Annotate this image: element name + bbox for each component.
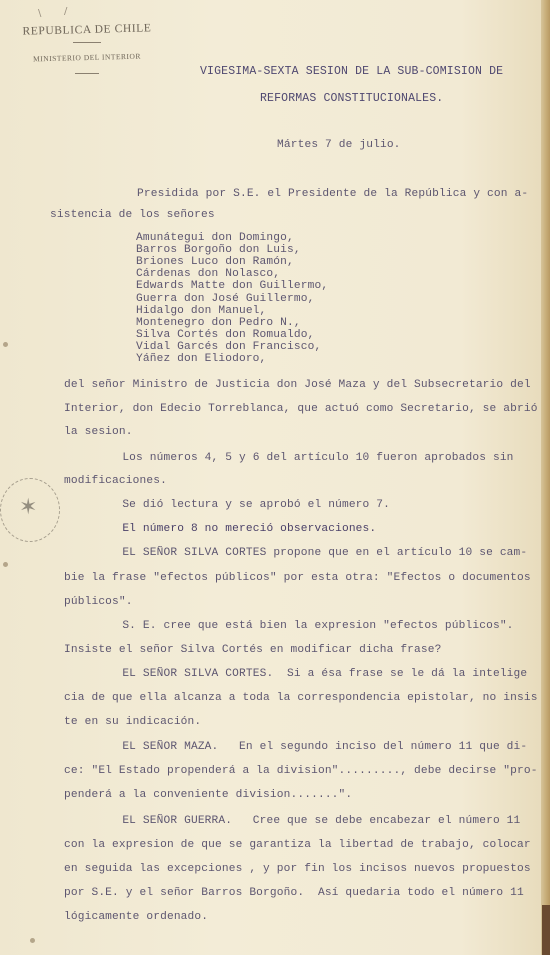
page-edge (541, 0, 550, 955)
star-seal-icon: ✶ (19, 495, 37, 520)
intro-line2: sistencia de los señores (50, 209, 215, 221)
body-line: cia de que ella alcanza a toda la corres… (64, 692, 538, 704)
session-title-line1: VIGESIMA-SEXTA SESION DE LA SUB-COMISION… (200, 65, 503, 78)
body-line: del señor Ministro de Justicia don José … (64, 379, 531, 391)
body-line: en seguida las excepciones , y por fin l… (64, 863, 531, 875)
attendee: Vidal Garcés don Francisco, (136, 341, 321, 353)
body-line: El número 8 no mereció observaciones. (88, 523, 376, 535)
attendee: Silva Cortés don Romualdo, (136, 329, 314, 341)
pencil-mark: / (64, 6, 67, 17)
body-line: Interior, don Edecio Torreblanca, que ac… (64, 403, 538, 415)
session-date: Mártes 7 de julio. (277, 139, 401, 151)
attendee: Barros Borgoño don Luis, (136, 244, 301, 256)
letterhead-divider (73, 42, 101, 43)
body-line: bie la frase "efectos públicos" por esta… (64, 572, 531, 584)
body-line: EL SEÑOR MAZA. En el segundo inciso del … (88, 741, 527, 753)
attendee: Cárdenas don Nolasco, (136, 268, 280, 280)
attendee: Amunátegui don Domingo, (136, 232, 294, 244)
body-line: Insiste el señor Silva Cortés en modific… (64, 644, 442, 656)
letterhead-country: REPUBLICA DE CHILE (22, 22, 152, 37)
attendee: Montenegro don Pedro N., (136, 317, 301, 329)
binding-hole (30, 938, 35, 943)
binding-hole (3, 562, 8, 567)
body-line: Los números 4, 5 y 6 del artículo 10 fue… (88, 452, 514, 464)
attendee: Yáñez don Eliodoro, (136, 353, 266, 365)
body-line: Se dió lectura y se aprobó el número 7. (88, 499, 390, 511)
binding-hole (3, 342, 8, 347)
body-line: modificaciones. (64, 475, 167, 487)
body-line: por S.E. y el señor Barros Borgoño. Así … (64, 887, 524, 899)
body-line: EL SEÑOR SILVA CORTES propone que en el … (88, 547, 527, 559)
body-line: EL SEÑOR GUERRA. Cree que se debe encabe… (88, 815, 520, 827)
body-line: te en su indicación. (64, 716, 201, 728)
body-line: la sesion. (64, 426, 133, 438)
attendee: Hidalgo don Manuel, (136, 305, 266, 317)
letterhead-divider (75, 73, 99, 74)
session-title-line2: REFORMAS CONSTITUCIONALES. (260, 92, 443, 105)
letterhead-ministry: MINISTERIO DEL INTERIOR (22, 51, 152, 63)
letterhead: REPUBLICA DE CHILE MINISTERIO DEL INTERI… (22, 24, 152, 74)
pencil-mark: \ (38, 8, 41, 19)
body-line: S. E. cree que está bien la expresion "e… (88, 620, 514, 632)
attendee: Guerra don José Guillermo, (136, 293, 314, 305)
body-line: lógicamente ordenado. (64, 911, 208, 923)
official-seal-stamp: ✶ (0, 478, 60, 542)
attendee: Edwards Matte don Guillermo, (136, 280, 328, 292)
body-line: públicos". (64, 596, 133, 608)
body-line: penderá a la conveniente division.......… (64, 789, 352, 801)
body-line: con la expresion de que se garantiza la … (64, 839, 531, 851)
attendee: Briones Luco don Ramón, (136, 256, 294, 268)
body-line: EL SEÑOR SILVA CORTES. Si a ésa frase se… (88, 668, 527, 680)
body-line: ce: "El Estado propenderá a la division"… (64, 765, 538, 777)
page-edge-shadow (542, 905, 550, 955)
intro-line1: Presidida por S.E. el Presidente de la R… (137, 188, 528, 200)
